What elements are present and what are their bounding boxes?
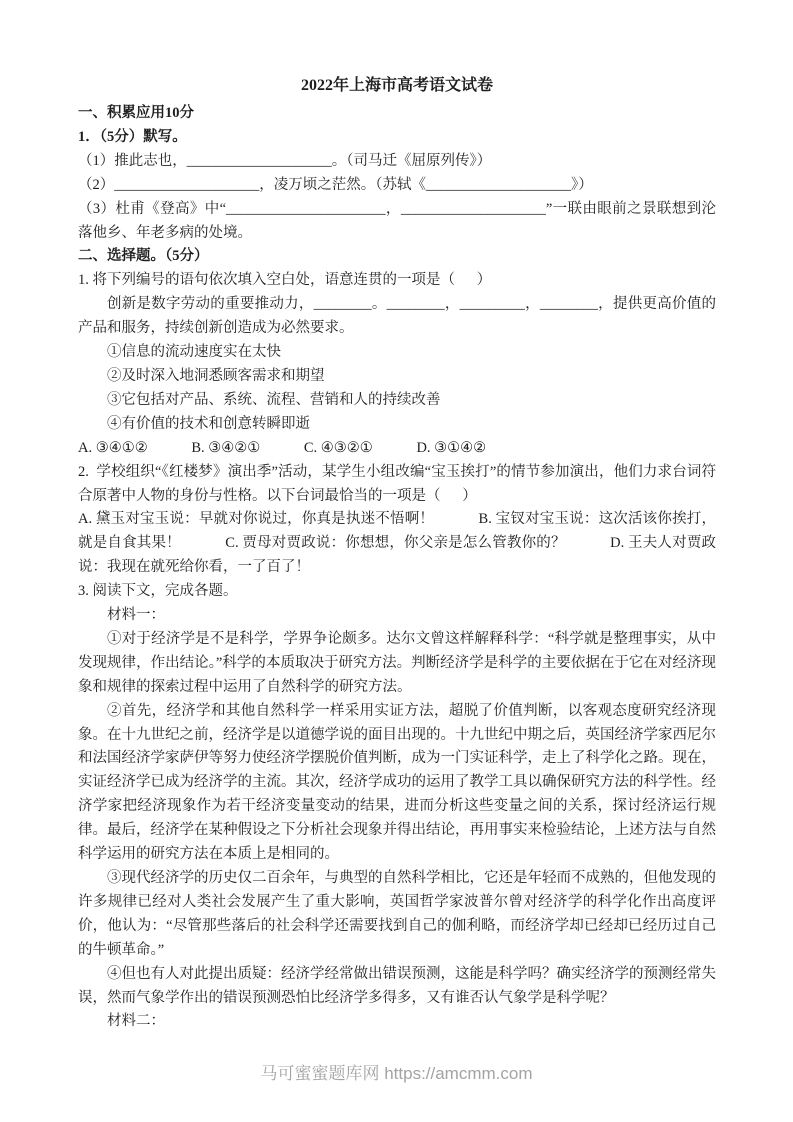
section-1-heading: 一、积累应用10分	[78, 102, 716, 126]
reading-question-stem: 3. 阅读下文，完成各题。	[78, 580, 716, 604]
mcq1-option-b: B. ③④②①	[191, 437, 260, 461]
dictation-item-1: （1）推此志也，____________________。（司马迁《屈原列传》）	[78, 150, 716, 174]
mcq2-options: A. 黛玉对宝玉说：早就对你说过，你真是执迷不悟啊！ B. 宝钗对宝玉说：这次活…	[78, 508, 716, 580]
material-1-paragraph-3: ③现代经济学的历史仅二百余年，与典型的自然科学相比，它还是年轻而不成熟的，但他发…	[78, 867, 716, 963]
mcq1-numbered-item-3: ③它包括对产品、系统、流程、营销和人的持续改善	[78, 389, 716, 413]
material-2-label: 材料二：	[78, 1010, 716, 1034]
dictation-item-2: （2）____________________，凌万顷之茫然。（苏轼《_____…	[78, 174, 716, 198]
section-2-heading: 二、选择题。（5分）	[78, 245, 716, 269]
footer-watermark: 马可蜜蜜题库网 https://amcmm.com	[0, 1062, 793, 1086]
mcq1-option-d: D. ③①④②	[416, 437, 486, 461]
material-1-label: 材料一：	[78, 604, 716, 628]
dictation-item-3: （3）杜甫《登高》中“______________________，______…	[78, 198, 716, 246]
page-title: 2022年上海市高考语文试卷	[78, 74, 716, 98]
mcq1-numbered-item-1: ①信息的流动速度实在太快	[78, 341, 716, 365]
mcq1-option-a: A. ③④①②	[78, 437, 148, 461]
exam-page: 2022年上海市高考语文试卷 一、积累应用10分 1．（5分）默写。 （1）推此…	[0, 0, 793, 1122]
mcq1-passage: 创新是数字劳动的重要推动力，________。________，________…	[78, 293, 716, 341]
material-1-paragraph-4: ④但也有人对此提出质疑：经济学经常做出错误预测，这能是科学吗？确实经济学的预测经…	[78, 963, 716, 1011]
material-1-paragraph-1: ①对于经济学是不是科学，学界争论颇多。达尔文曾这样解释科学：“科学就是整理事实，…	[78, 628, 716, 700]
mcq1-numbered-item-4: ④有价值的技术和创意转瞬即逝	[78, 413, 716, 437]
mcq2-option-a: A. 黛玉对宝玉说：早就对你说过，你真是执迷不悟啊！	[78, 511, 434, 527]
material-1-paragraph-2: ②首先，经济学和其他自然科学一样采用实证方法，超脱了价值判断，以客观态度研究经济…	[78, 700, 716, 867]
mcq1-options-row: A. ③④①② B. ③④②① C. ④③②① D. ③①④②	[78, 437, 716, 461]
mcq1-numbered-item-2: ②及时深入地洞悉顾客需求和期望	[78, 365, 716, 389]
dictation-heading: 1．（5分）默写。	[78, 126, 716, 150]
mcq1-option-c: C. ④③②①	[304, 437, 373, 461]
mcq1-stem: 1. 将下列编号的语句依次填入空白处，语意连贯的一项是（ ）	[78, 269, 716, 293]
mcq2-option-c: C. 贾母对贾政说：你想想，你父亲是怎么管教你的？	[225, 535, 565, 551]
mcq2-stem: 2. 学校组织“《红楼梦》演出季”活动，某学生小组改编“宝玉挨打”的情节参加演出…	[78, 461, 716, 509]
